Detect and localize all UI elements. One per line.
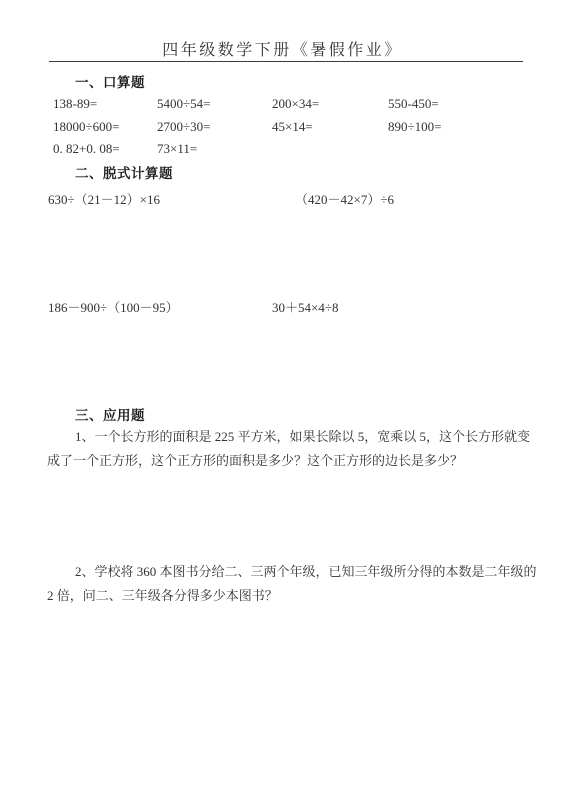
math-problem: 550-450= xyxy=(388,96,439,112)
math-problem: 186－900÷（100－95） xyxy=(48,297,179,316)
math-problem: 2700÷30= xyxy=(157,119,210,135)
math-problem: 890÷100= xyxy=(388,119,441,135)
oral-row: 18000÷600= 2700÷30= 45×14= 890÷100= xyxy=(0,119,565,137)
stepwise-row: 186－900÷（100－95） 30＋54×4÷8 xyxy=(0,297,565,315)
math-problem: 5400÷54= xyxy=(157,96,210,112)
math-problem: 73×11= xyxy=(157,141,197,157)
worksheet-page: 四年级数学下册《暑假作业》 一、口算题 138-89= 5400÷54= 200… xyxy=(0,0,565,800)
stepwise-row: 630÷（21－12）×16 （420－42×7）÷6 xyxy=(0,189,565,207)
section-heading-word-problems: 三、应用题 xyxy=(75,404,145,424)
math-problem: 0. 82+0. 08= xyxy=(53,141,120,157)
math-problem: （420－42×7）÷6 xyxy=(295,189,394,208)
word-problem-line: 2、学校将 360 本图书分给二、三两个年级，已知三年级所分得的本数是二年级的 xyxy=(75,563,537,580)
oral-row: 0. 82+0. 08= 73×11= xyxy=(0,141,565,159)
title-underline xyxy=(49,61,523,62)
math-problem: 30＋54×4÷8 xyxy=(272,297,338,316)
oral-row: 138-89= 5400÷54= 200×34= 550-450= xyxy=(0,96,565,114)
math-problem: 18000÷600= xyxy=(53,119,119,135)
math-problem: 45×14= xyxy=(272,119,313,135)
word-problem-line: 成了一个正方形，这个正方形的面积是多少？这个正方形的边长是多少？ xyxy=(47,452,463,469)
math-problem: 200×34= xyxy=(272,96,319,112)
math-problem: 630÷（21－12）×16 xyxy=(48,189,160,208)
page-title: 四年级数学下册《暑假作业》 xyxy=(0,37,565,60)
math-problem: 138-89= xyxy=(53,96,97,112)
word-problem-line: 2 倍，问二、三年级各分得多少本图书？ xyxy=(47,587,278,604)
section-heading-oral: 一、口算题 xyxy=(75,71,145,91)
word-problem-line: 1、一个长方形的面积是 225 平方米，如果长除以 5，宽乘以 5，这个长方形就… xyxy=(75,428,530,445)
section-heading-stepwise: 二、脱式计算题 xyxy=(75,162,173,182)
